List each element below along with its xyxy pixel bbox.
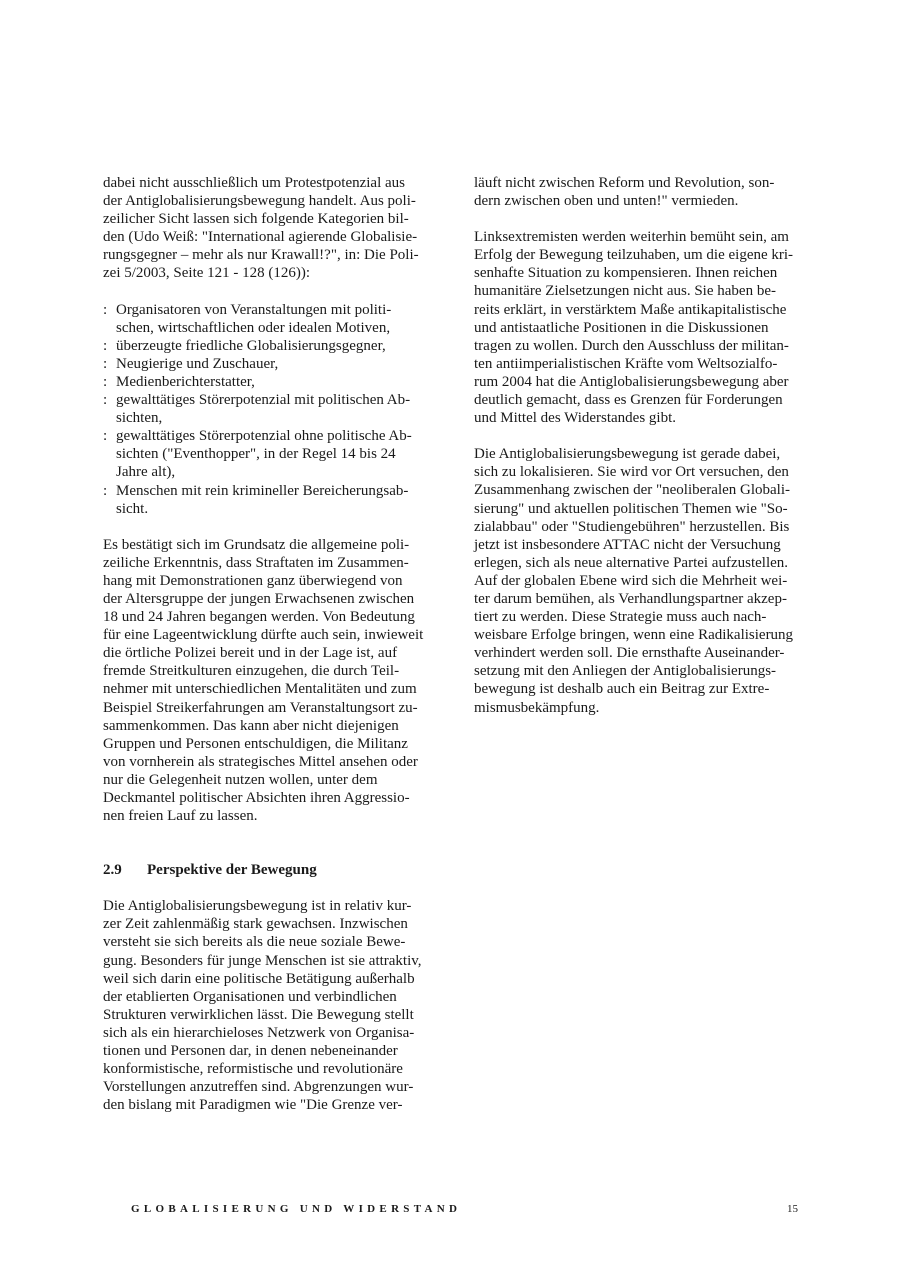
list-item: :Medienberichterstatter, bbox=[103, 373, 429, 391]
list-item: :gewalttätiges Störerpotenzial mit polit… bbox=[103, 391, 429, 427]
section-number: 2.9 bbox=[103, 861, 147, 879]
list-item: :Neugierige und Zuschauer, bbox=[103, 355, 429, 373]
list-item: :überzeugte friedliche Globalisierungsge… bbox=[103, 337, 429, 355]
bullet-colon: : bbox=[103, 427, 107, 445]
section-heading: 2.9 Perspektive der Bewegung bbox=[103, 861, 429, 879]
paragraph-continuation: läuft nicht zwischen Reform und Revoluti… bbox=[474, 174, 800, 210]
paragraph-left-extremists: Linksextremisten werden weiterhin bemüht… bbox=[474, 228, 800, 427]
section-title: Perspektive der Bewegung bbox=[147, 861, 317, 879]
intro-paragraph: dabei nicht ausschließlich um Protestpot… bbox=[103, 174, 429, 283]
right-column: läuft nicht zwischen Reform und Revoluti… bbox=[474, 174, 800, 735]
running-title: GLOBALISIERUNG UND WIDERSTAND bbox=[131, 1203, 461, 1215]
paragraph-perspective: Die Antiglobalisierungsbewegung ist in r… bbox=[103, 897, 429, 1114]
category-list: :Organisatoren von Veranstaltungen mit p… bbox=[103, 301, 429, 518]
list-item: :gewalttätiges Störerpotenzial ohne poli… bbox=[103, 427, 429, 481]
list-item: :Organisatoren von Veranstaltungen mit p… bbox=[103, 301, 429, 337]
bullet-colon: : bbox=[103, 355, 107, 373]
bullet-colon: : bbox=[103, 482, 107, 500]
bullet-colon: : bbox=[103, 337, 107, 355]
bullet-colon: : bbox=[103, 373, 107, 391]
left-column: dabei nicht ausschließlich um Protestpot… bbox=[103, 174, 429, 1132]
list-item: :Menschen mit rein krimineller Bereicher… bbox=[103, 482, 429, 518]
paragraph-police-findings: Es bestätigt sich im Grundsatz die allge… bbox=[103, 536, 429, 826]
bullet-colon: : bbox=[103, 391, 107, 409]
page-number: 15 bbox=[787, 1203, 798, 1215]
bullet-colon: : bbox=[103, 301, 107, 319]
paragraph-localization: Die Antiglobalisierungsbewegung ist gera… bbox=[474, 445, 800, 716]
page-footer: GLOBALISIERUNG UND WIDERSTAND 15 bbox=[131, 1203, 798, 1215]
